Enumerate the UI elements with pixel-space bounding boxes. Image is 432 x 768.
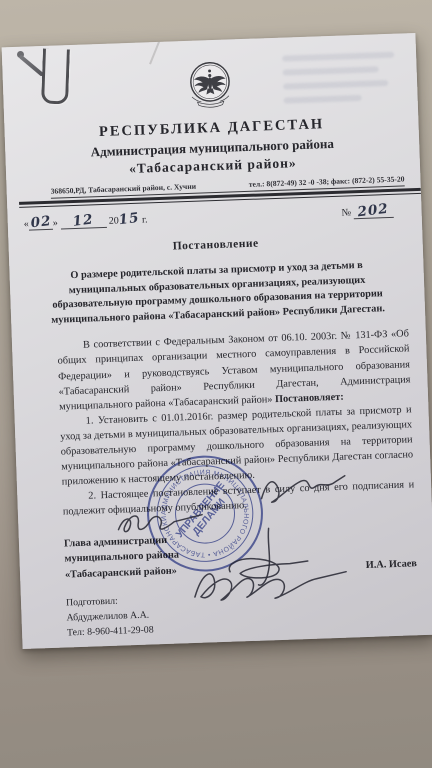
number-sign: № — [341, 207, 351, 218]
document-body: В соответствии с Федеральным Законом от … — [57, 327, 415, 520]
quote-close: » — [53, 218, 58, 229]
paperclip-icon — [41, 49, 70, 105]
document-title: Постановление — [9, 232, 423, 258]
paragraph-preamble: В соответствии с Федеральным Законом от … — [57, 327, 411, 414]
resolves-text: Постановляет: — [275, 391, 344, 404]
prepared-by-section: Подготовил: Абдуджелилов А.А. Тел: 8-960… — [66, 583, 419, 641]
paragraph-item-1: 1. Установить с 01.01.2016г. размер роди… — [59, 402, 413, 489]
head-title-line3: «Табасаранский район» — [65, 563, 180, 582]
head-name: И.А. Исаев — [366, 558, 418, 572]
photo-background: РЕСПУБЛИКА ДАГЕСТАН Администрация муници… — [0, 0, 432, 768]
handwritten-year: 15 — [118, 210, 141, 228]
date-field: «02» 12 2015 г. — [23, 210, 147, 230]
paper-crease — [149, 40, 161, 65]
head-title: Глава администрации муниципального район… — [64, 532, 180, 582]
agreed-label: Согласовано: — [68, 642, 420, 649]
document-subject: О размере родительской платы за присмотр… — [40, 258, 394, 329]
handwritten-number: 202 — [357, 204, 389, 218]
bleed-through-text — [282, 52, 396, 112]
date-number-row: «02» 12 2015 г. № 202 — [23, 202, 393, 231]
handwritten-day: 02 — [30, 216, 52, 228]
date-suffix: г. — [142, 214, 148, 225]
letterhead-phone-fax: тел.: 8(872-49) 32 -0 -38; факс: (872-2)… — [249, 174, 405, 188]
number-field: № 202 — [341, 205, 393, 220]
letterhead-address: 368650,РД, Табасаранский район, с. Хучни — [51, 182, 197, 196]
head-signature-row: Глава администрации муниципального район… — [64, 524, 417, 583]
dagestan-coat-of-arms-icon — [176, 53, 244, 117]
signature-block: Глава администрации муниципального район… — [64, 524, 421, 649]
preamble-text: В соответствии с Федеральным Законом от … — [57, 329, 410, 412]
agreed-section: Согласовано: Главный специалист – юрист … — [68, 642, 421, 649]
handwritten-month: 12 — [72, 214, 94, 226]
document-page: РЕСПУБЛИКА ДАГЕСТАН Администрация муници… — [2, 33, 432, 649]
